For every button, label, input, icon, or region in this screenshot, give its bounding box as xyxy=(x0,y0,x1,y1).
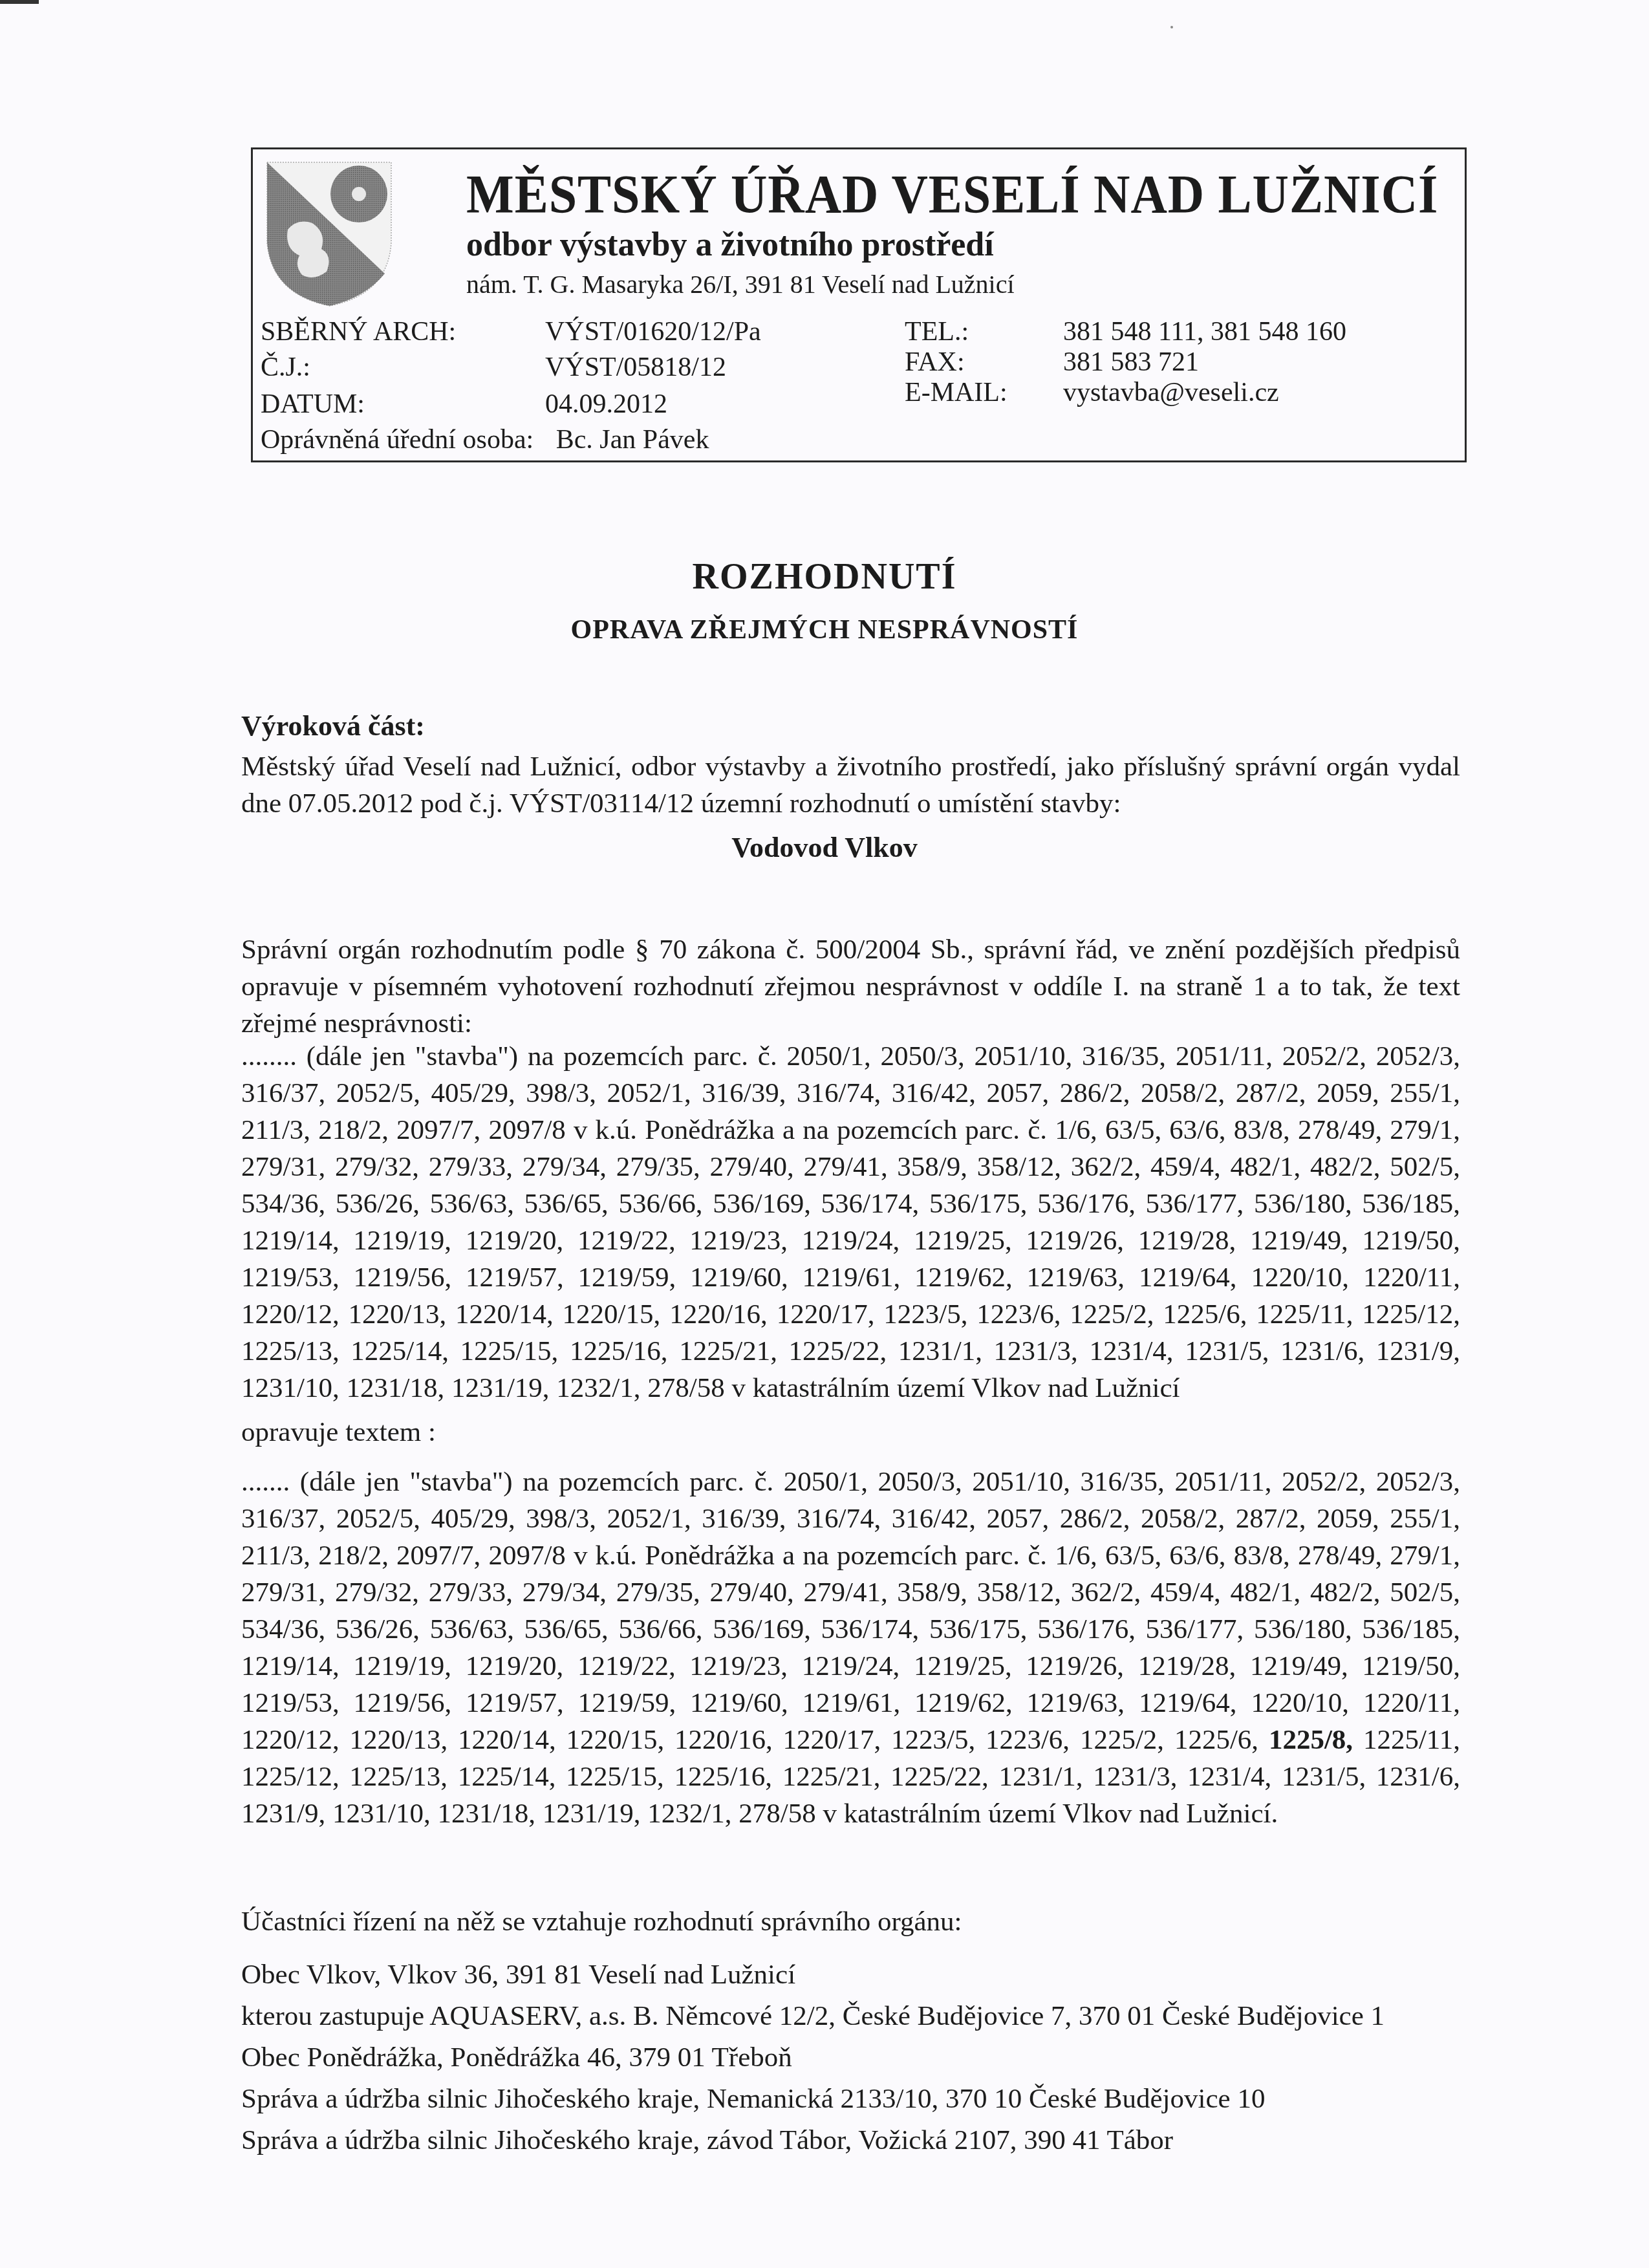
corrects-with-label: opravuje textem : xyxy=(241,1416,436,1448)
letterhead-box: MĚSTSKÝ ÚŘAD VESELÍ NAD LUŽNICÍ odbor vý… xyxy=(251,147,1467,462)
document-title: ROZHODNUTÍ xyxy=(0,556,1649,598)
official-person-row: Oprávněná úřední osoba: Bc. Jan Pávek xyxy=(261,424,709,455)
participant-item: Obec Ponědrážka, Ponědrážka 46, 379 01 T… xyxy=(241,2037,1385,2079)
official-label: Oprávněná úřední osoba: xyxy=(261,425,533,455)
contact-value: 381 548 111, 381 548 160 xyxy=(1063,316,1346,347)
contact-label: TEL.: xyxy=(905,316,969,347)
meta-label: DATUM: xyxy=(261,389,365,420)
meta-label: Č.J.: xyxy=(261,352,310,383)
office-title: MĚSTSKÝ ÚŘAD VESELÍ NAD LUŽNICÍ xyxy=(466,164,1438,226)
verdict-heading: Výroková část: xyxy=(241,709,425,742)
participants-section: Účastníci řízení na něž se vztahuje rozh… xyxy=(241,1901,1385,2161)
legal-basis-paragraph: Správní orgán rozhodnutím podle § 70 zák… xyxy=(241,931,1460,1042)
coat-of-arms-icon xyxy=(262,158,398,307)
scan-edge-mark xyxy=(0,0,39,4)
contact-value: 381 583 721 xyxy=(1063,347,1199,378)
meta-value: VÝST/05818/12 xyxy=(545,352,726,383)
department-name: odbor výstavby a životního prostředí xyxy=(466,226,994,264)
scan-speck xyxy=(1170,26,1173,28)
official-name: Bc. Jan Pávek xyxy=(556,425,709,455)
original-text-paragraph: ........ (dále jen "stavba") na pozemcíc… xyxy=(241,1038,1460,1407)
corrected-text-part1: ....... (dále jen "stavba") na pozemcích… xyxy=(241,1467,1460,1755)
participants-heading: Účastníci řízení na něž se vztahuje rozh… xyxy=(241,1901,1385,1943)
participant-item: Obec Vlkov, Vlkov 36, 391 81 Veselí nad … xyxy=(241,1954,1385,1996)
contact-label: FAX: xyxy=(905,347,965,378)
meta-value: VÝST/01620/12/Pa xyxy=(545,316,761,347)
verdict-intro: Městský úřad Veselí nad Lužnicí, odbor v… xyxy=(241,748,1460,822)
contact-email-link[interactable]: vystavba@veseli.cz xyxy=(1063,377,1279,408)
meta-value: 04.09.2012 xyxy=(545,389,667,420)
meta-label: SBĚRNÝ ARCH: xyxy=(261,316,456,347)
corrected-text-paragraph: ....... (dále jen "stavba") na pozemcích… xyxy=(241,1463,1460,1832)
participant-item: kterou zastupuje AQUASERV, a.s. B. Němco… xyxy=(241,1996,1385,2037)
contact-label: E-MAIL: xyxy=(905,377,1008,408)
office-address: nám. T. G. Masaryka 26/I, 391 81 Veselí … xyxy=(466,269,1015,299)
document-subtitle: OPRAVA ZŘEJMÝCH NESPRÁVNOSTÍ xyxy=(0,614,1649,645)
participant-item: Správa a údržba silnic Jihočeského kraje… xyxy=(241,2120,1385,2161)
participant-item: Správa a údržba silnic Jihočeského kraje… xyxy=(241,2079,1385,2120)
corrected-highlight: 1225/8, xyxy=(1269,1725,1353,1755)
project-name: Vodovod Vlkov xyxy=(0,831,1649,864)
